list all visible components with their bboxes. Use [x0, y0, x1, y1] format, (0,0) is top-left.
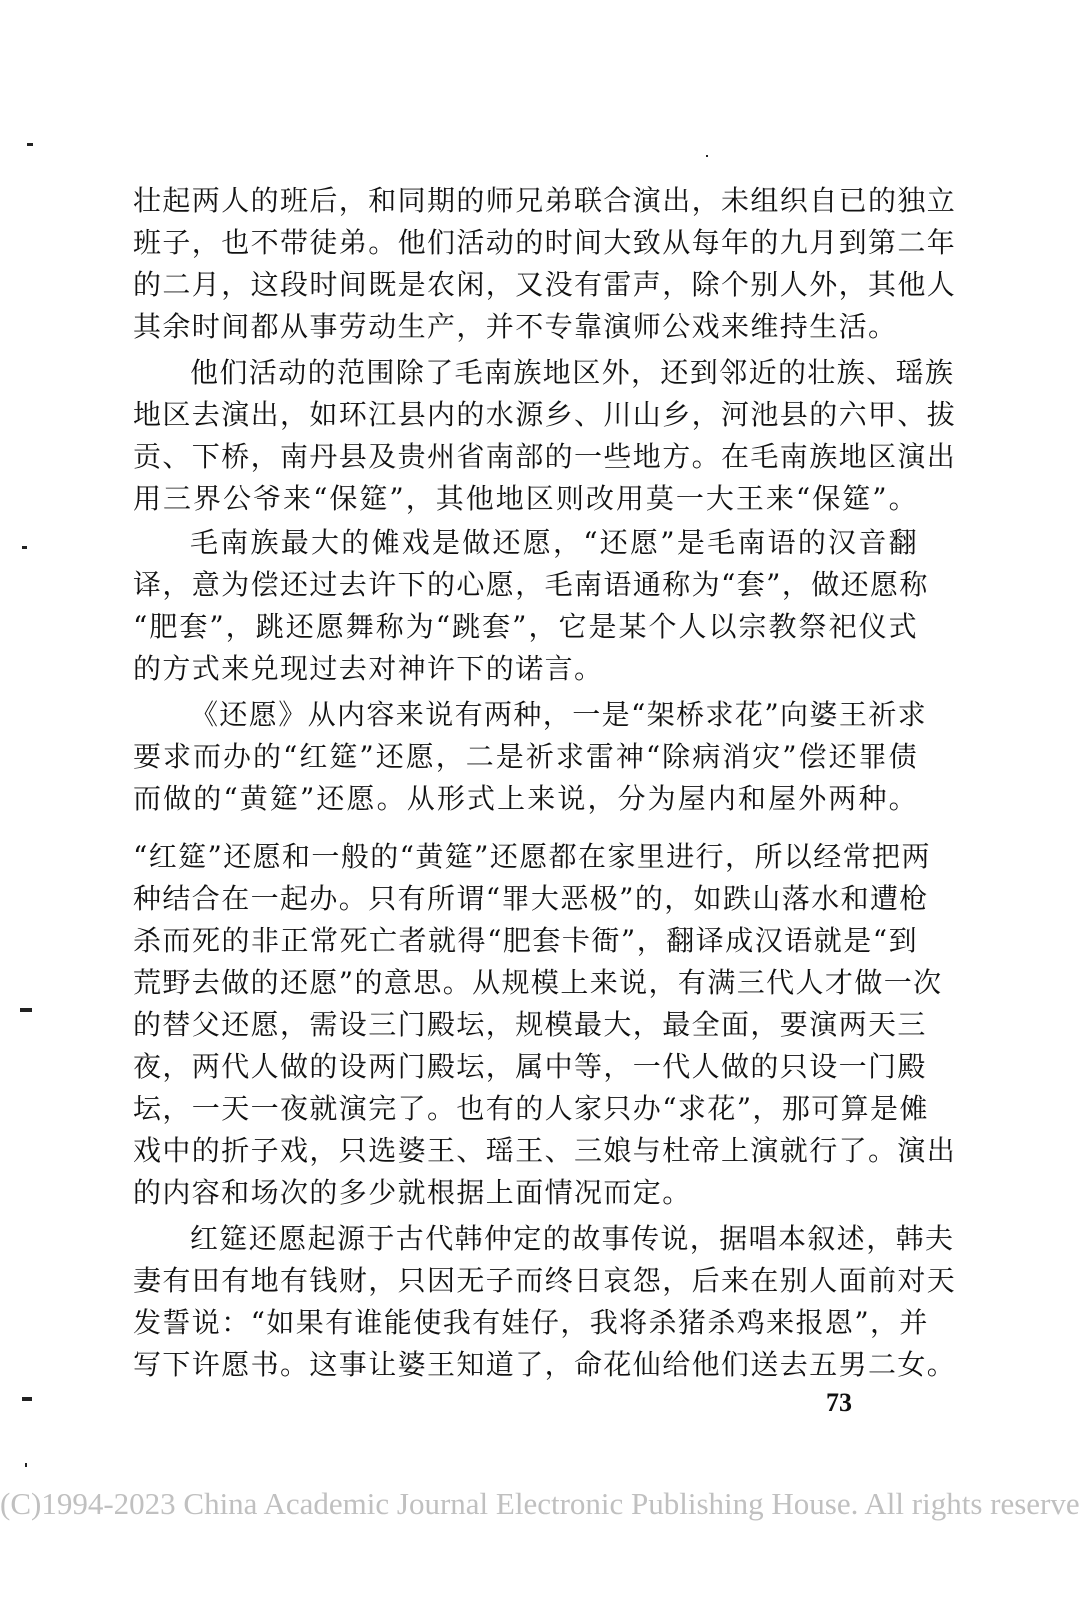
page-number: 73 — [826, 1388, 852, 1418]
text-line: 译，意为偿还过去许下的心愿，毛南语通称为“套”，做还愿称 — [133, 564, 918, 606]
text-line: 要求而办的“红筵”还愿，二是祈求雷神“除病消灾”偿还罪债 — [133, 736, 918, 778]
text-line: 用三界公爷来“保筵”，其他地区则改用莫一大王来“保筵”。 — [133, 478, 918, 520]
scan-speck — [22, 546, 27, 549]
text-line: 壮起两人的班后，和同期的师兄弟联合演出，未组织自已的独立 — [133, 180, 918, 222]
text-line: 其余时间都从事劳动生产，并不专靠演师公戏来维持生活。 — [133, 306, 918, 348]
text-line: 毛南族最大的傩戏是做还愿，“还愿”是毛南语的汉音翻 — [190, 522, 918, 564]
scan-speck — [20, 1008, 32, 1012]
text-line: 《还愿》从内容来说有两种，一是“架桥求花”向婆王祈求 — [190, 694, 918, 736]
scan-speck — [27, 143, 33, 146]
scan-speck — [25, 1463, 27, 1467]
text-line: 他们活动的范围除了毛南族地区外，还到邻近的壮族、瑶族 — [190, 352, 918, 394]
text-line: 红筵还愿起源于古代韩仲定的故事传说，据唱本叙述，韩夫 — [190, 1218, 918, 1260]
text-line: 贡、下桥，南丹县及贵州省南部的一些地方。在毛南族地区演出 — [133, 436, 918, 478]
document-page: 壮起两人的班后，和同期的师兄弟联合演出，未组织自已的独立班子，也不带徒弟。他们活… — [0, 0, 1091, 1602]
text-line: 而做的“黄筵”还愿。从形式上来说，分为屋内和屋外两种。 — [133, 778, 918, 820]
text-line: 夜，两代人做的设两门殿坛，属中等，一代人做的只设一门殿 — [133, 1046, 918, 1088]
text-line: 种结合在一起办。只有所谓“罪大恶极”的，如跌山落水和遭枪 — [133, 878, 918, 920]
text-line: 的替父还愿，需设三门殿坛，规模最大，最全面，要演两天三 — [133, 1004, 918, 1046]
text-line: 写下许愿书。这事让婆王知道了，命花仙给他们送去五男二女。 — [133, 1344, 918, 1386]
scan-speck — [22, 1397, 32, 1401]
text-line: “肥套”，跳还愿舞称为“跳套”，它是某个人以宗教祭祀仪式 — [133, 606, 918, 648]
copyright-footer: (C)1994-2023 China Academic Journal Elec… — [0, 1486, 1091, 1522]
text-line: 杀而死的非正常死亡者就得“肥套卡衙”，翻译成汉语就是“到 — [133, 920, 918, 962]
text-line: 发誓说：“如果有谁能使我有娃仔，我将杀猪杀鸡来报恩”，并 — [133, 1302, 918, 1344]
text-line: 地区去演出，如环江县内的水源乡、川山乡，河池县的六甲、拔 — [133, 394, 918, 436]
text-line: 的内容和场次的多少就根据上面情况而定。 — [133, 1172, 918, 1214]
text-line: 妻有田有地有钱财，只因无子而终日哀怨，后来在别人面前对天 — [133, 1260, 918, 1302]
scan-speck — [706, 155, 708, 157]
text-line: “红筵”还愿和一般的“黄筵”还愿都在家里进行，所以经常把两 — [133, 836, 918, 878]
text-line: 戏中的折子戏，只选婆王、瑶王、三娘与杜帝上演就行了。演出 — [133, 1130, 918, 1172]
text-line: 的方式来兑现过去对神许下的诺言。 — [133, 648, 918, 690]
text-line: 的二月，这段时间既是农闲，又没有雷声，除个别人外，其他人 — [133, 264, 918, 306]
text-line: 荒野去做的还愿”的意思。从规模上来说，有满三代人才做一次 — [133, 962, 918, 1004]
text-line: 班子，也不带徒弟。他们活动的时间大致从每年的九月到第二年 — [133, 222, 918, 264]
text-line: 坛，一天一夜就演完了。也有的人家只办“求花”，那可算是傩 — [133, 1088, 918, 1130]
